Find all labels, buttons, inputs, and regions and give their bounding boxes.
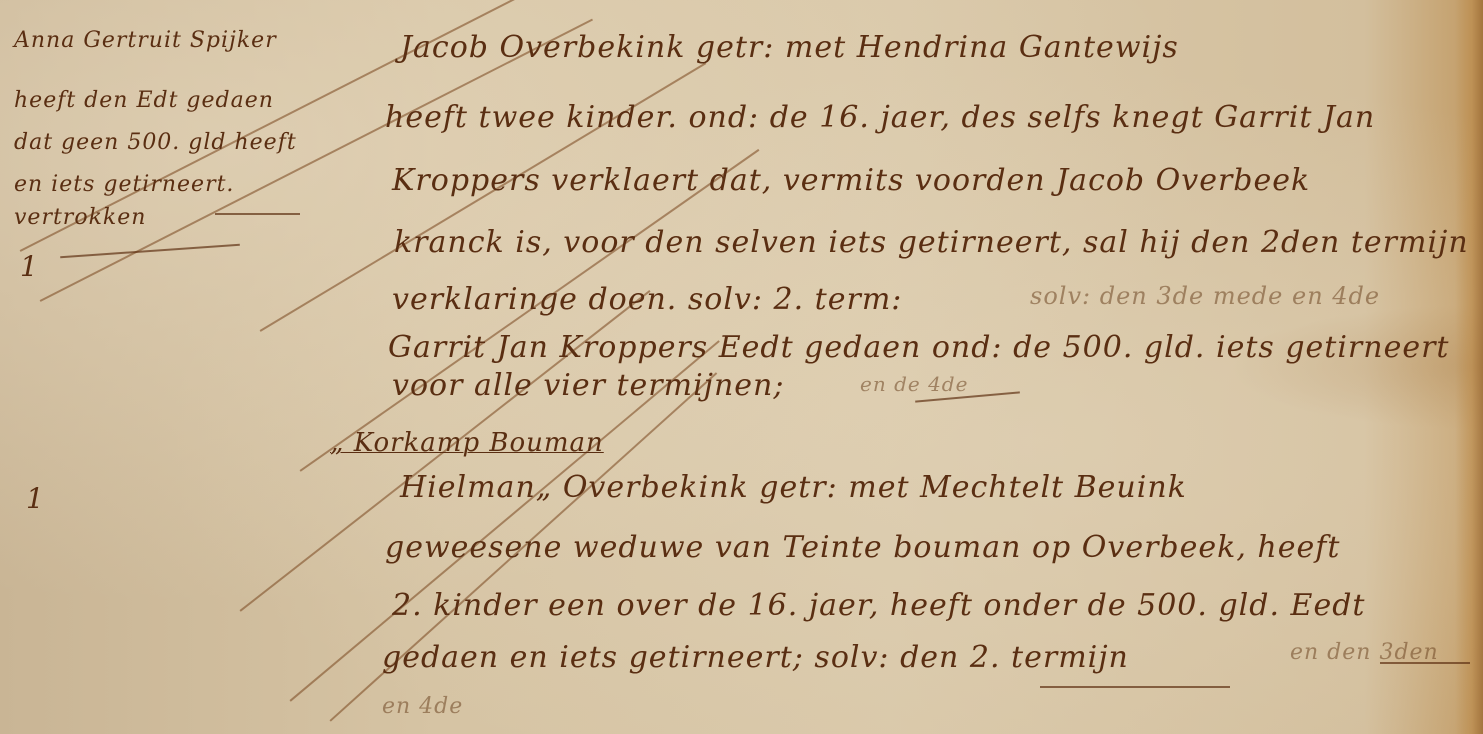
entry-line: heeft twee kinder. ond: de 16. jaer, des… bbox=[385, 100, 1375, 135]
margin-line: dat geen 500. gld heeft bbox=[14, 130, 297, 155]
entry-line: Hielman„ Overbekink getr: met Mechtelt B… bbox=[400, 470, 1187, 505]
entry-header: „ Korkamp Bouman bbox=[330, 428, 604, 458]
margin-line: vertrokken bbox=[14, 205, 146, 230]
entry-line: voor alle vier termijnen; bbox=[392, 368, 785, 403]
annotation: solv: den 3de mede en 4de bbox=[1030, 282, 1380, 310]
margin-line: Anna Gertruit Spijker bbox=[14, 28, 277, 53]
annotation: en de 4de bbox=[860, 372, 968, 396]
margin-underline bbox=[60, 244, 240, 258]
margin-line: heeft den Edt gedaen bbox=[14, 88, 274, 113]
margin-underline bbox=[215, 213, 300, 215]
page-edge-binding bbox=[1455, 0, 1483, 734]
annotation-underline bbox=[1380, 662, 1470, 664]
entry-line: 2. kinder een over de 16. jaer, heeft on… bbox=[392, 588, 1365, 623]
margin-line: en iets getirneert. bbox=[14, 172, 234, 197]
manuscript-page: Anna Gertruit Spijker heeft den Edt geda… bbox=[0, 0, 1483, 734]
entry-line: geweesene weduwe van Teinte bouman op Ov… bbox=[385, 530, 1340, 565]
entry-line: Jacob Overbekink getr: met Hendrina Gant… bbox=[400, 30, 1179, 65]
entry-line: Kroppers verklaert dat, vermits voorden … bbox=[392, 163, 1310, 198]
entry-line: gedaen en iets getirneert; solv: den 2. … bbox=[382, 640, 1129, 675]
entry-line: verklaringe doen. solv: 2. term: bbox=[392, 282, 902, 317]
annotation-underline bbox=[1040, 686, 1230, 688]
tally-mark: 1 bbox=[26, 482, 44, 515]
annotation: en 4de bbox=[382, 694, 463, 719]
entry-line: kranck is, voor den selven iets getirnee… bbox=[394, 225, 1469, 260]
tally-mark: 1 bbox=[20, 250, 38, 283]
entry-line: Garrit Jan Kroppers Eedt gedaen ond: de … bbox=[388, 330, 1450, 365]
